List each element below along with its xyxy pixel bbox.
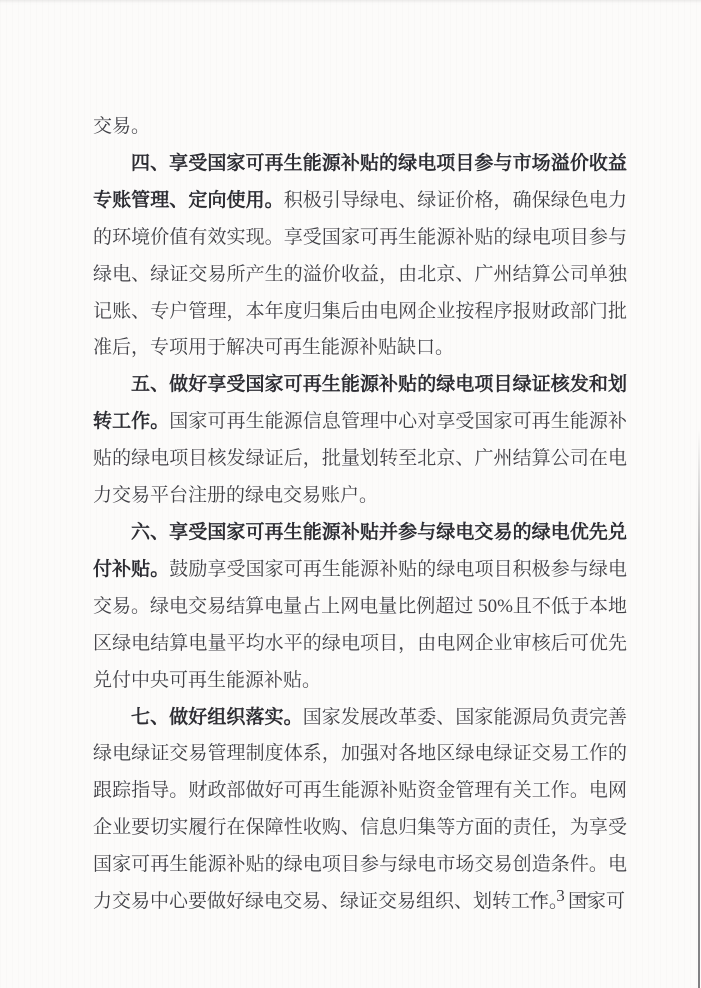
scanned-document-page: 交易。 四、享受国家可再生能源补贴的绿电项目参与市场溢价收益专账管理、定向使用。… xyxy=(0,0,701,988)
paragraph-section-5: 五、做好享受国家可再生能源补贴的绿电项目绿证核发和划转工作。国家可再生能源信息管… xyxy=(93,367,627,515)
page-number: — 3 — xyxy=(529,886,595,906)
paragraph-continuation: 交易。 xyxy=(93,109,627,146)
section-4-body: 积极引导绿电、绿证价格，确保绿色电力的环境价值有效实现。享受国家可再生能源补贴的… xyxy=(93,190,627,359)
paragraph-section-6: 六、享受国家可再生能源补贴并参与绿电交易的绿电优先兑付补贴。鼓励享受国家可再生能… xyxy=(93,515,627,700)
section-7-heading: 七、做好组织落实。 xyxy=(131,707,303,728)
section-5-body: 国家可再生能源信息管理中心对享受国家可再生能源补贴的绿电项目核发绿证后，批量划转… xyxy=(93,411,627,506)
section-6-body: 鼓励享受国家可再生能源补贴的绿电项目积极参与绿电交易。绿电交易结算电量占上网电量… xyxy=(93,559,627,691)
section-7-body: 国家发展改革委、国家能源局负责完善绿电绿证交易管理制度体系，加强对各地区绿电绿证… xyxy=(93,707,627,913)
document-body: 交易。 四、享受国家可再生能源补贴的绿电项目参与市场溢价收益专账管理、定向使用。… xyxy=(0,0,701,921)
paragraph-section-4: 四、享受国家可再生能源补贴的绿电项目参与市场溢价收益专账管理、定向使用。积极引导… xyxy=(93,146,627,367)
